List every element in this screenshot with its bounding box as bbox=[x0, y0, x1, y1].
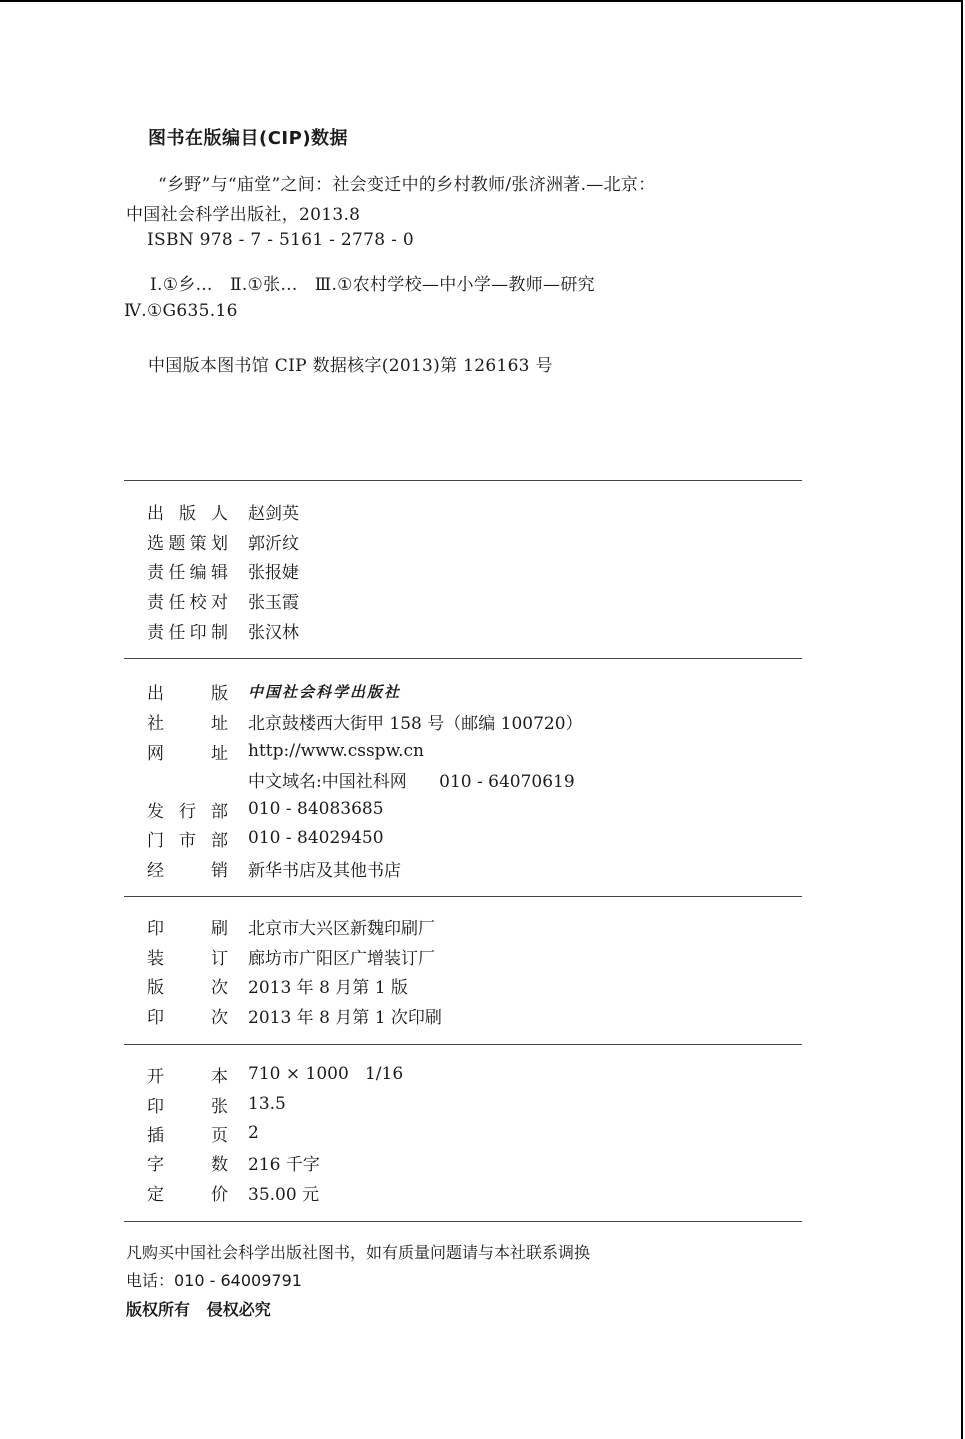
field-label: 出版 bbox=[147, 679, 228, 704]
label-char: 址 bbox=[211, 709, 228, 734]
specs-row: 定价35.00 元 bbox=[147, 1180, 319, 1204]
label-char: 责 bbox=[147, 588, 164, 613]
field-value: 郭沂纹 bbox=[248, 529, 299, 554]
field-value: 2013 年 8 月第 1 次印刷 bbox=[248, 1003, 442, 1028]
quality-notice: 凡购买中国社会科学出版社图书，如有质量问题请与本社联系调换 bbox=[126, 1240, 590, 1263]
field-label: 印次 bbox=[147, 1003, 228, 1028]
specs-row: 印张13.5 bbox=[147, 1092, 286, 1116]
contact-phone: 电话：010 - 64009791 bbox=[126, 1268, 302, 1291]
label-char: 部 bbox=[211, 797, 228, 822]
field-value: http://www.csspw.cn bbox=[248, 741, 424, 761]
label-char: 人 bbox=[211, 499, 228, 524]
label-char: 销 bbox=[211, 856, 228, 881]
label-char: 址 bbox=[211, 739, 228, 764]
label-char: 任 bbox=[168, 558, 185, 583]
divider-4 bbox=[124, 1044, 802, 1045]
field-value: 010 - 84029450 bbox=[248, 828, 384, 848]
publisher-row: 中文域名:中国社科网 010 - 64070619 bbox=[147, 767, 575, 791]
field-value: 010 - 84083685 bbox=[248, 799, 384, 819]
field-value: 张汉林 bbox=[248, 618, 299, 643]
label-char: 责 bbox=[147, 618, 164, 643]
field-value: 中国社会科学出版社 bbox=[248, 681, 401, 702]
label-char: 编 bbox=[190, 558, 207, 583]
field-label: 开本 bbox=[147, 1062, 228, 1087]
label-char: 行 bbox=[179, 797, 196, 822]
field-value: 张报婕 bbox=[248, 558, 299, 583]
field-label: 经销 bbox=[147, 856, 228, 881]
publisher-row: 门市部010 - 84029450 bbox=[147, 826, 384, 850]
label-char: 印 bbox=[190, 618, 207, 643]
label-char: 印 bbox=[147, 914, 164, 939]
staff-row: 责任印制张汉林 bbox=[147, 618, 299, 642]
publisher-row: 出版中国社会科学出版社 bbox=[147, 679, 401, 703]
field-value: 2013 年 8 月第 1 版 bbox=[248, 973, 408, 998]
label-char: 出 bbox=[147, 499, 164, 524]
label-char: 印 bbox=[147, 1092, 164, 1117]
staff-row: 选题策划郭沂纹 bbox=[147, 529, 299, 553]
field-value: 张玉霞 bbox=[248, 588, 299, 613]
cip-heading: 图书在版编目(CIP)数据 bbox=[148, 124, 348, 150]
label-char: 定 bbox=[147, 1180, 164, 1205]
label-char: 数 bbox=[211, 1150, 228, 1175]
cip-record-number: 中国版本图书馆 CIP 数据核字(2013)第 126163 号 bbox=[148, 351, 553, 376]
field-value: 北京市大兴区新魏印刷厂 bbox=[248, 914, 435, 939]
publisher-row: 网址http://www.csspw.cn bbox=[147, 739, 424, 763]
cip-publisher-line: 中国社会科学出版社，2013.8 bbox=[126, 200, 360, 225]
printing-row: 装订廊坊市广阳区广增装订厂 bbox=[147, 944, 435, 968]
field-value: 710 × 1000 1/16 bbox=[248, 1064, 403, 1084]
cip-isbn: ISBN 978 - 7 - 5161 - 2778 - 0 bbox=[147, 230, 414, 250]
publisher-row: 社址北京鼓楼西大街甲 158 号（邮编 100720） bbox=[147, 709, 583, 733]
label-char: 社 bbox=[147, 709, 164, 734]
label-char: 插 bbox=[147, 1121, 164, 1146]
label-char: 辑 bbox=[211, 558, 228, 583]
field-value: 13.5 bbox=[248, 1094, 286, 1114]
staff-row: 责任校对张玉霞 bbox=[147, 588, 299, 612]
label-char: 门 bbox=[147, 826, 164, 851]
field-label: 印张 bbox=[147, 1092, 228, 1117]
copyright-notice: 版权所有 侵权必究 bbox=[126, 1297, 271, 1320]
field-value: 廊坊市广阳区广增装订厂 bbox=[248, 944, 435, 969]
label-char: 任 bbox=[168, 588, 185, 613]
field-label: 定价 bbox=[147, 1180, 228, 1205]
label-char: 装 bbox=[147, 944, 164, 969]
cip-title-line: “乡野”与“庙堂”之间：社会变迁中的乡村教师/张济洲著.—北京： bbox=[158, 170, 656, 195]
label-char: 划 bbox=[211, 529, 228, 554]
field-value: 新华书店及其他书店 bbox=[248, 856, 401, 881]
field-value: 216 千字 bbox=[248, 1150, 320, 1175]
divider-2 bbox=[124, 658, 802, 659]
printing-row: 印次2013 年 8 月第 1 次印刷 bbox=[147, 1003, 442, 1027]
label-char: 网 bbox=[147, 739, 164, 764]
label-char: 版 bbox=[147, 973, 164, 998]
label-char: 订 bbox=[211, 944, 228, 969]
publisher-row: 经销新华书店及其他书店 bbox=[147, 856, 401, 880]
field-label: 责任印制 bbox=[147, 618, 228, 643]
label-char: 市 bbox=[179, 826, 196, 851]
label-char: 刷 bbox=[211, 914, 228, 939]
field-label: 责任编辑 bbox=[147, 558, 228, 583]
field-label: 选题策划 bbox=[147, 529, 228, 554]
label-char: 字 bbox=[147, 1150, 164, 1175]
divider-5 bbox=[124, 1221, 802, 1222]
printing-row: 印刷北京市大兴区新魏印刷厂 bbox=[147, 914, 435, 938]
printing-row: 版次2013 年 8 月第 1 版 bbox=[147, 973, 408, 997]
specs-row: 开本710 × 1000 1/16 bbox=[147, 1062, 403, 1086]
field-label: 印刷 bbox=[147, 914, 228, 939]
publisher-row: 发行部010 - 84083685 bbox=[147, 797, 384, 821]
label-char: 经 bbox=[147, 856, 164, 881]
label-char: 选 bbox=[147, 529, 164, 554]
field-label: 责任校对 bbox=[147, 588, 228, 613]
label-char: 校 bbox=[190, 588, 207, 613]
specs-row: 字数216 千字 bbox=[147, 1150, 320, 1174]
specs-row: 插页2 bbox=[147, 1121, 259, 1145]
label-char: 价 bbox=[211, 1180, 228, 1205]
field-label: 版次 bbox=[147, 973, 228, 998]
field-label: 装订 bbox=[147, 944, 228, 969]
field-label: 门市部 bbox=[147, 826, 228, 851]
label-char: 次 bbox=[211, 1003, 228, 1028]
label-char: 次 bbox=[211, 973, 228, 998]
divider-3 bbox=[124, 896, 802, 897]
field-value: 中文域名:中国社科网 010 - 64070619 bbox=[248, 767, 575, 792]
cip-classification-number: Ⅳ.①G635.16 bbox=[124, 301, 238, 321]
label-char: 任 bbox=[168, 618, 185, 643]
cip-classification: Ⅰ.①乡… Ⅱ.①张… Ⅲ.①农村学校—中小学—教师—研究 bbox=[150, 270, 595, 295]
label-char: 张 bbox=[211, 1092, 228, 1117]
staff-row: 责任编辑张报婕 bbox=[147, 558, 299, 582]
field-label: 字数 bbox=[147, 1150, 228, 1175]
divider-1 bbox=[124, 480, 802, 481]
label-char: 版 bbox=[211, 679, 228, 704]
label-char: 制 bbox=[211, 618, 228, 643]
label-char: 出 bbox=[147, 679, 164, 704]
label-char: 部 bbox=[211, 826, 228, 851]
label-char: 本 bbox=[211, 1062, 228, 1087]
field-label: 网址 bbox=[147, 739, 228, 764]
field-value: 35.00 元 bbox=[248, 1180, 319, 1205]
label-char: 策 bbox=[190, 529, 207, 554]
label-char: 责 bbox=[147, 558, 164, 583]
field-label: 社址 bbox=[147, 709, 228, 734]
field-value: 2 bbox=[248, 1123, 259, 1143]
label-char: 印 bbox=[147, 1003, 164, 1028]
label-char: 开 bbox=[147, 1062, 164, 1087]
label-char: 对 bbox=[211, 588, 228, 613]
label-char: 页 bbox=[211, 1121, 228, 1146]
field-label: 出版人 bbox=[147, 499, 228, 524]
staff-row: 出版人赵剑英 bbox=[147, 499, 299, 523]
field-label: 发行部 bbox=[147, 797, 228, 822]
field-value: 赵剑英 bbox=[248, 499, 299, 524]
field-label: 插页 bbox=[147, 1121, 228, 1146]
label-char: 发 bbox=[147, 797, 164, 822]
field-value: 北京鼓楼西大街甲 158 号（邮编 100720） bbox=[248, 709, 583, 734]
label-char: 题 bbox=[168, 529, 185, 554]
label-char: 版 bbox=[179, 499, 196, 524]
